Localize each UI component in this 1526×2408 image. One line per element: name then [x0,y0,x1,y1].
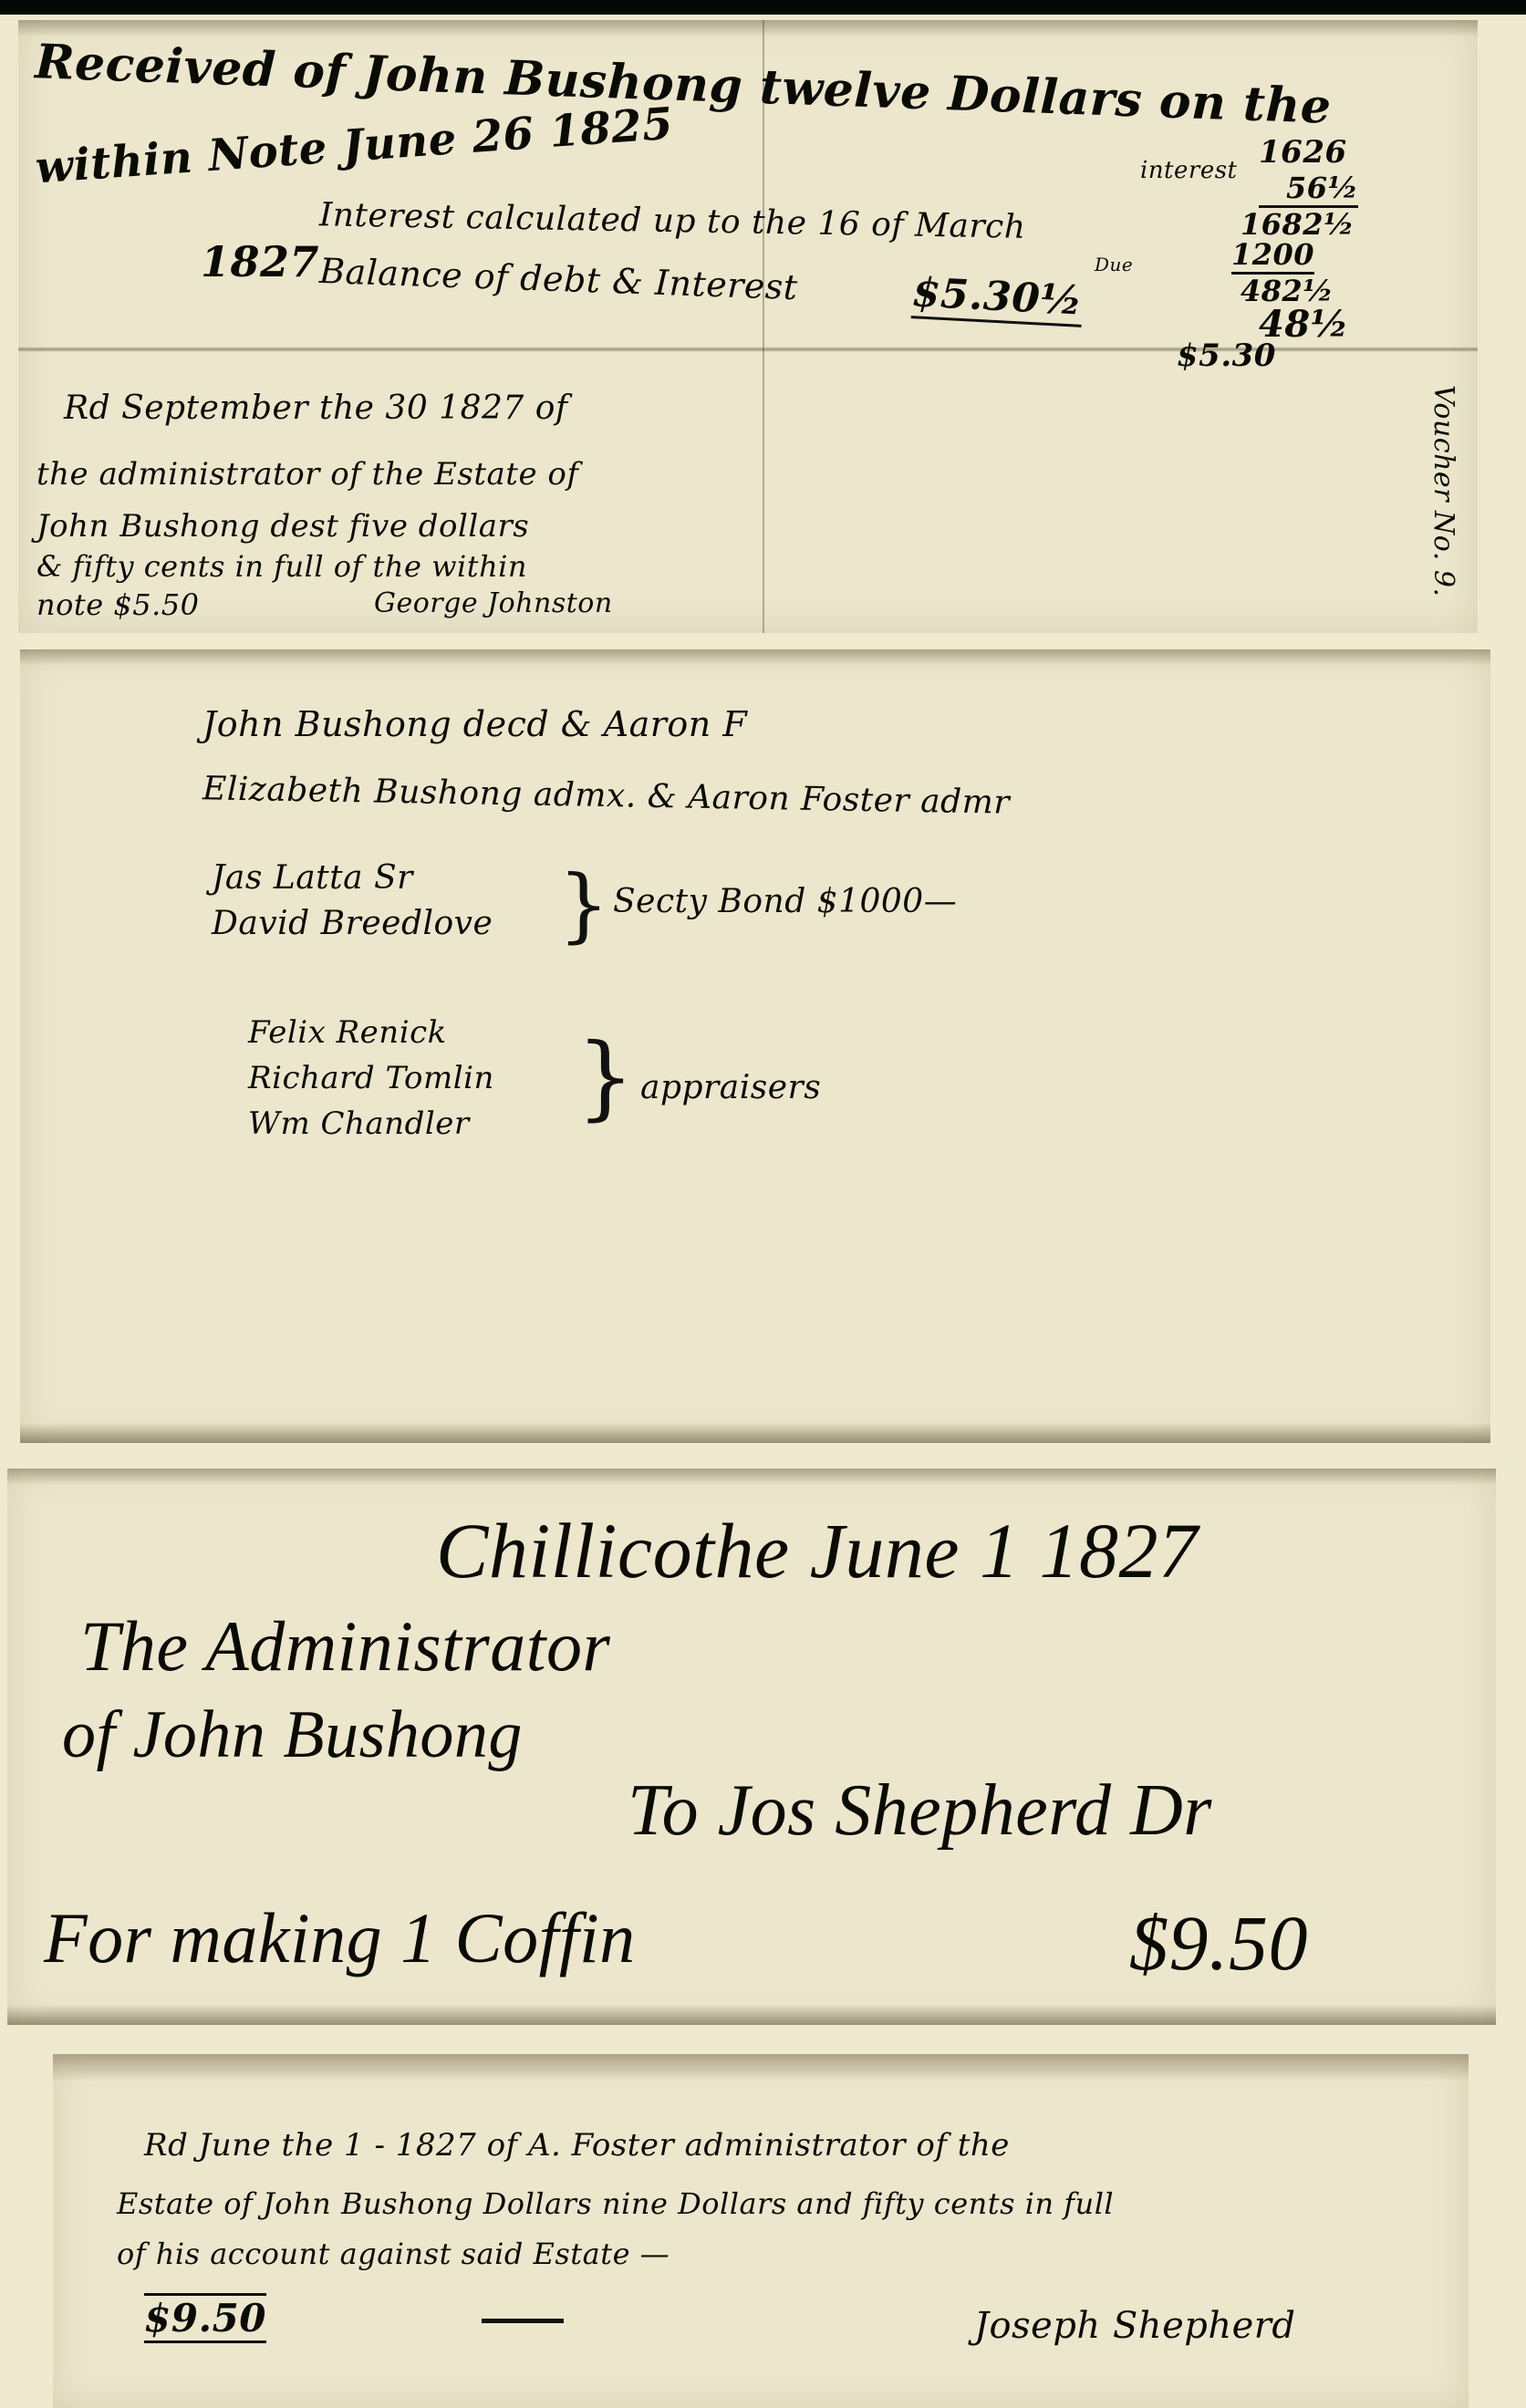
receipt-amount: $9.50 [144,2293,266,2343]
dash-mark [482,2319,564,2323]
receipt-line-2: Estate of John Bushong Dollars nine Doll… [117,2186,1114,2221]
paper-edge-shadow [53,2054,1469,2081]
torn-edge [20,1423,1490,1443]
document-receipt-note: Received of John Bushong twelve Dollars … [18,20,1478,633]
receipt-line-5: note $5.50 [36,587,199,622]
note-line-1: Received of John Bushong twelve Dollars … [34,34,1332,135]
appraiser-1: Felix Renick [248,1014,447,1051]
calc-4: 1200 [1231,237,1314,275]
voucher-label: Voucher No. 9. [1427,385,1459,597]
balance-line: Balance of debt & Interest [318,251,798,307]
receipt-line-3: John Bushong dest five dollars [36,508,529,545]
receipt-line-1: Rd September the 30 1827 of [64,389,568,427]
creditor-line: To Jos Shepherd Dr [628,1770,1212,1853]
paper-edge-shadow-bottom [7,2005,1496,2025]
document-coffin-bill: Chillicothe June 1 1827 The Administrato… [7,1469,1496,2025]
receipt-signature: George Johnston [374,587,613,619]
due-label: Due [1095,254,1133,275]
calc-2: 56½ [1259,171,1358,208]
estate-line: John Bushong decd & Aaron F [202,704,747,744]
brace-icon: } [558,857,609,951]
interest-calc-line: Interest calculated up to the 16 of Marc… [319,196,1026,246]
appraiser-3: Wm Chandler [248,1105,470,1142]
document-payment-receipt: Rd June the 1 - 1827 of A. Foster admini… [53,2054,1469,2408]
paper-edge-shadow [20,649,1490,666]
calc-1: 1626 [1259,134,1347,171]
bill-amount: $9.50 [1129,1897,1308,1988]
bill-to-line-2: of John Bushong [62,1697,523,1774]
brace-icon: } [576,1023,635,1130]
receipt-line-4: & fifty cents in full of the within [36,549,527,584]
bill-to-line-1: The Administrator [80,1605,610,1687]
receipt-signature: Joseph Shepherd [974,2305,1296,2347]
surety-1: Jas Latta Sr [212,859,413,897]
balance-amount: $5.30½ [911,269,1084,327]
security-bond: Secty Bond $1000— [613,883,957,920]
interest-label: interest [1140,157,1238,184]
top-black-bar [0,0,1526,15]
surety-2: David Breedlove [212,905,493,942]
receipt-line-2: the administrator of the Estate of [36,456,578,493]
paper-edge-shadow [18,20,1478,36]
note-line-2: within Note June 26 1825 [34,99,675,194]
calc-total: $5.30 [1177,337,1276,374]
bill-item: For making 1 Coffin [44,1897,636,1979]
appraisers-label: appraisers [640,1069,821,1106]
receipt-line-1: Rd June the 1 - 1827 of A. Foster admini… [144,2127,1010,2164]
place-date: Chillicothe June 1 1827 [436,1505,1199,1596]
year-1827: 1827 [201,237,319,286]
document-administration-record: John Bushong decd & Aaron F Elizabeth Bu… [20,649,1490,1443]
appraiser-2: Richard Tomlin [248,1060,494,1096]
receipt-line-3: of his account against said Estate — [117,2237,670,2271]
paper-edge-shadow [7,1469,1496,1485]
administrators-line: Elizabeth Bushong admx. & Aaron Foster a… [202,770,1011,821]
